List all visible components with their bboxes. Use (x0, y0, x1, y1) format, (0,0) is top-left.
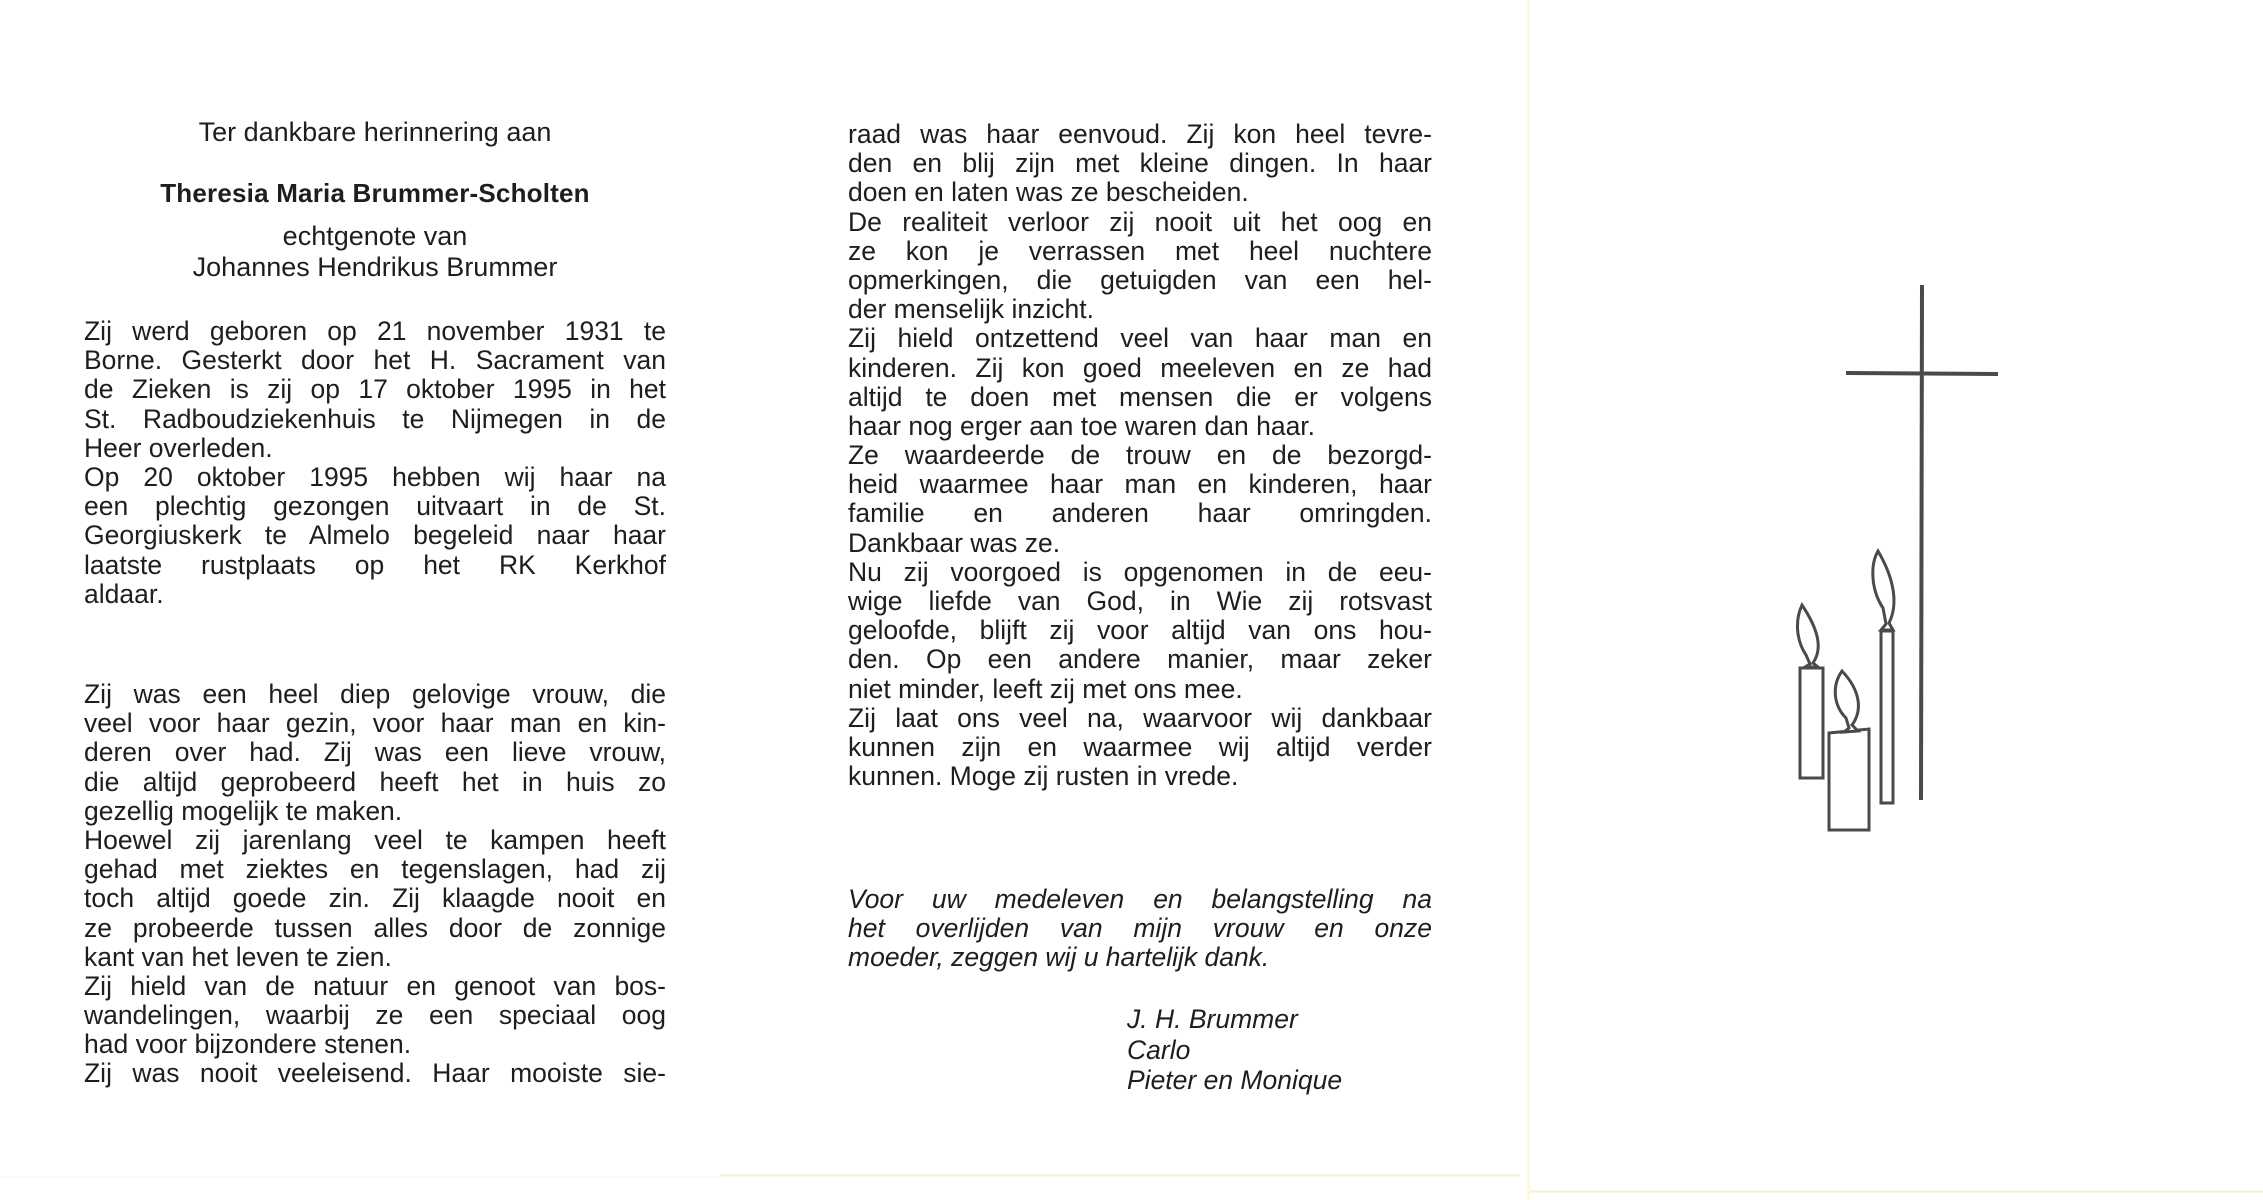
text-line: raad was haar eenvoud. Zij kon heel tevr… (848, 120, 1432, 149)
text-line: Georgiuskerk te Almelo begeleid naar haa… (84, 521, 666, 550)
text-line: toch altijd goede zin. Zij klaagde nooit… (84, 884, 666, 913)
text-line: familie en anderen haar omringden. (848, 499, 1432, 528)
text-line: opmerkingen, die getuigden van een hel- (848, 266, 1432, 295)
text-line: het overlijden van mijn vrouw en onze (848, 914, 1432, 943)
text-line: ze probeerde tussen alles door de zonnig… (84, 914, 666, 943)
text-line: der menselijk inzicht. (848, 295, 1432, 324)
text-line: had voor bijzondere stenen. (84, 1030, 666, 1059)
text-line: Zij werd geboren op 21 november 1931 te (84, 317, 666, 346)
text-line: gezellig mogelijk te maken. (84, 797, 666, 826)
text-line: de Zieken is zij op 17 oktober 1995 in h… (84, 375, 666, 404)
text-line: Dankbaar was ze. (848, 529, 1432, 558)
text-line: Zij hield van de natuur en genoot van bo… (84, 972, 666, 1001)
text-line: kinderen. Zij kon goed meeleven en ze ha… (848, 354, 1432, 383)
candle-icon (1829, 671, 1869, 830)
text-line: heid waarmee haar man en kinderen, haar (848, 470, 1432, 499)
text-line: Zij hield ontzettend veel van haar man e… (848, 324, 1432, 353)
signature-child: Carlo (1127, 1035, 1342, 1066)
text-line: Zij laat ons veel na, waarvoor wij dankb… (848, 704, 1432, 733)
text-line: gehad met ziektes en tegenslagen, had zi… (84, 855, 666, 884)
text-line: doen en laten was ze bescheiden. (848, 178, 1432, 207)
text-line: wandelingen, waarbij ze een speciaal oog (84, 1001, 666, 1030)
text-line: een plechtig gezongen uitvaart in de St. (84, 492, 666, 521)
text-line: Ze waardeerde de trouw en de bezorgd- (848, 441, 1432, 470)
thank-you-note: Voor uw medeleven en belangstelling nahe… (848, 885, 1432, 973)
paper-edge (0, 1176, 720, 1178)
text-line: Voor uw medeleven en belangstelling na (848, 885, 1432, 914)
text-line: den en blij zijn met kleine dingen. In h… (848, 149, 1432, 178)
spouse-name: Johannes Hendrikus Brummer (84, 252, 666, 283)
deceased-name: Theresia Maria Brummer-Scholten (84, 178, 666, 209)
text-line: altijd te doen met mensen die er volgens (848, 383, 1432, 412)
signatures: J. H. Brummer Carlo Pieter en Monique (1127, 1004, 1342, 1096)
text-line: niet minder, leeft zij met ons mee. (848, 675, 1432, 704)
text-line: Op 20 oktober 1995 hebben wij haar na (84, 463, 666, 492)
header-intro: Ter dankbare herinnering aan (84, 117, 666, 148)
text-line: deren over had. Zij was een lieve vrouw, (84, 738, 666, 767)
candle-icon (1797, 605, 1823, 778)
cross-and-candles-artwork (1780, 270, 2020, 850)
text-line: Zij was een heel diep gelovige vrouw, di… (84, 680, 666, 709)
signature-children: Pieter en Monique (1127, 1065, 1342, 1096)
biography-paragraph-1: Zij werd geboren op 21 november 1931 teB… (84, 317, 666, 609)
text-line: Zij was nooit veeleisend. Haar mooiste s… (84, 1059, 666, 1088)
text-line: laatste rustplaats op het RK Kerkhof (84, 551, 666, 580)
text-line: aldaar. (84, 580, 666, 609)
text-line: Nu zij voorgoed is opgenomen in de eeu- (848, 558, 1432, 587)
biography-continued: raad was haar eenvoud. Zij kon heel tevr… (848, 120, 1432, 791)
signature-husband: J. H. Brummer (1127, 1004, 1342, 1035)
text-line: kunnen. Moge zij rusten in vrede. (848, 762, 1432, 791)
header-relation: echtgenote van (84, 221, 666, 251)
text-line: ze kon je verrassen met heel nuchtere (848, 237, 1432, 266)
text-line: St. Radboudziekenhuis te Nijmegen in de (84, 405, 666, 434)
text-line: moeder, zeggen wij u hartelijk dank. (848, 943, 1432, 972)
cross-icon (1846, 285, 1998, 800)
text-line: Borne. Gesterkt door het H. Sacrament va… (84, 346, 666, 375)
text-line: kant van het leven te zien. (84, 943, 666, 972)
text-line: wige liefde van God, in Wie zij rotsvast (848, 587, 1432, 616)
text-line: haar nog erger aan toe waren dan haar. (848, 412, 1432, 441)
card-fold-line (1527, 0, 1530, 1200)
candle-icon (1873, 551, 1894, 803)
text-line: kunnen zijn en waarmee wij altijd verder (848, 733, 1432, 762)
text-line: die altijd geprobeerd heeft het in huis … (84, 768, 666, 797)
paper-edge (1530, 1190, 2263, 1193)
text-line: veel voor haar gezin, voor haar man en k… (84, 709, 666, 738)
memorial-card: Ter dankbare herinnering aan Theresia Ma… (0, 0, 2263, 1200)
text-line: den. Op een andere manier, maar zeker (848, 645, 1432, 674)
paper-edge (720, 1174, 1520, 1177)
text-line: Heer overleden. (84, 434, 666, 463)
biography-paragraph-2: Zij was een heel diep gelovige vrouw, di… (84, 680, 666, 1089)
text-line: De realiteit verloor zij nooit uit het o… (848, 208, 1432, 237)
text-line: Hoewel zij jarenlang veel te kampen heef… (84, 826, 666, 855)
text-line: geloofde, blijft zij voor altijd van ons… (848, 616, 1432, 645)
